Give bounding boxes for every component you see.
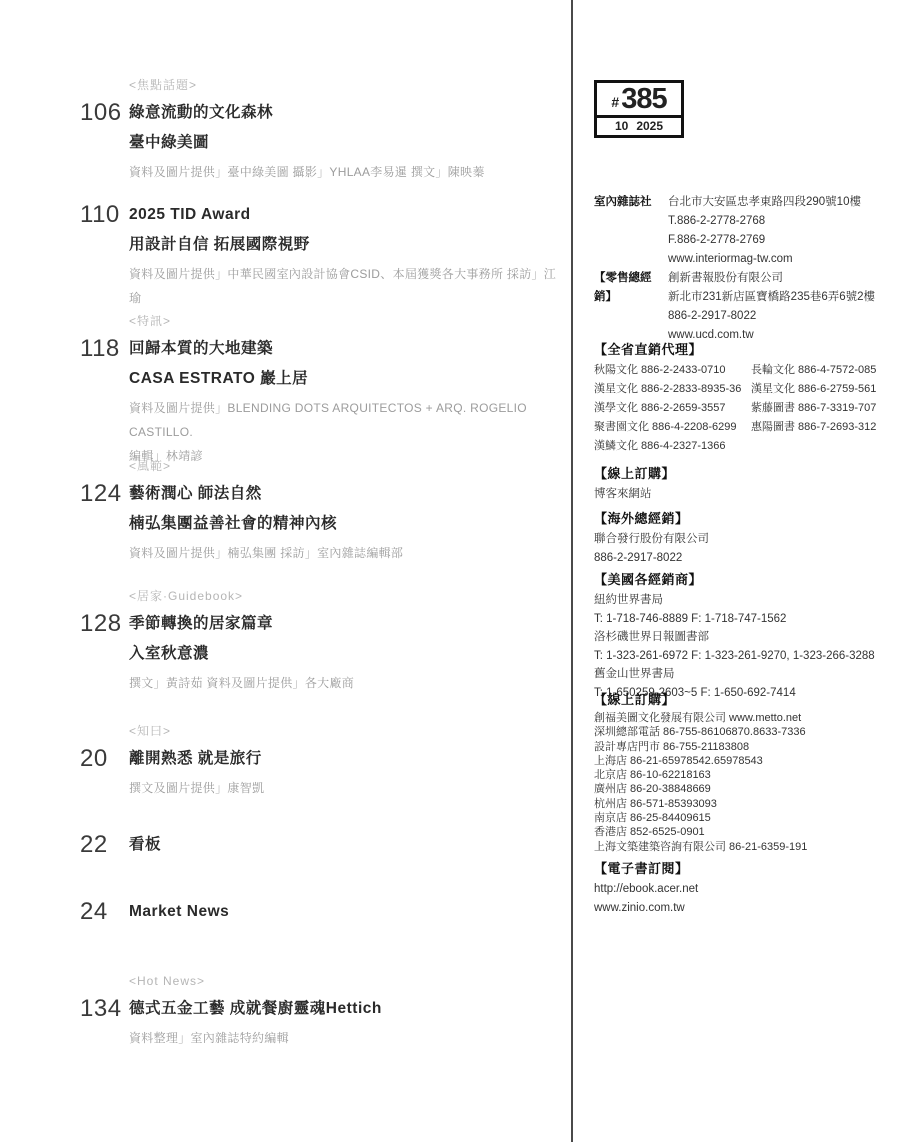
toc-entry: <焦點話題> 106 綠意流動的文化森林 臺中綠美圖 資料及圖片提供」臺中綠美圖… — [80, 78, 560, 184]
agent-entry: 紫藤圖書 886-7-3319-707 — [751, 399, 902, 418]
toc-credit-line: 資料及圖片提供」臺中綠美圖 攝影」YHLAA李易暹 撰文」陳映蓁 — [129, 160, 560, 184]
retail-distributor-block: 【零售總經銷】 創新書報股份有限公司 新北市231新店區寶橋路235巷6弄6號2… — [594, 269, 902, 345]
online-order-entry: 杭州店 86-571-85393093 — [594, 797, 902, 811]
online-order-entry: 上海文築建築咨詢有限公司 86-21-6359-191 — [594, 840, 902, 854]
toc-page-number: 118 — [80, 334, 129, 364]
toc-title-line: Market News — [129, 897, 560, 927]
online-order-entry: 廣州店 86-20-38848669 — [594, 782, 902, 796]
toc-title-line: 用設計自信 拓展國際視野 — [129, 230, 560, 260]
toc-page-number: 20 — [80, 744, 129, 774]
agent-entry: 聚書園文化 886-4-2208-6299 — [594, 418, 751, 437]
toc-entry: <風範> 124 藝術潤心 師法自然 楠弘集團益善社會的精神內核 資料及圖片提供… — [80, 459, 560, 565]
toc-title-line: 回歸本質的大地建築 — [129, 334, 560, 364]
toc-title-line: 離開熟悉 就是旅行 — [129, 744, 560, 774]
toc-title-line: 楠弘集團益善社會的精神內核 — [129, 509, 560, 539]
issue-hash-sign: # — [611, 89, 619, 115]
online-order-entry: 香港店 852-6525-0901 — [594, 825, 902, 839]
toc-title-line: 臺中綠美圖 — [129, 128, 560, 158]
toc-title-line: 藝術潤心 師法自然 — [129, 479, 560, 509]
us-distributor-entry: 紐約世界書局 — [594, 591, 902, 610]
toc-credit-line: 資料及圖片提供」楠弘集團 採訪」室內雜誌編輯部 — [129, 541, 560, 565]
toc-title-line: 季節轉換的居家篇章 — [129, 609, 560, 639]
toc-entry: 24 Market News — [80, 897, 560, 927]
toc-title-line: CASA ESTRATO 巖上居 — [129, 364, 560, 394]
toc-category-label: <居家·Guidebook> — [129, 589, 560, 603]
ebook-heading: 【電子書訂閱】 — [594, 861, 902, 877]
online-order-entry: 創福美圖文化發展有限公司 www.metto.net — [594, 711, 902, 725]
us-distributor-entry: T: 1-718-746-8889 F: 1-718-747-1562 — [594, 610, 902, 629]
overseas-distributor-section: 【海外總經銷】 聯合發行股份有限公司 886-2-2917-8022 — [594, 511, 902, 567]
online-order-entry: 北京店 86-10-62218163 — [594, 768, 902, 782]
toc-category-label: <風範> — [129, 459, 560, 473]
toc-title-line: 看板 — [129, 830, 560, 860]
agent-entry: 秋陽文化 886-2-2433-0710 — [594, 361, 751, 380]
toc-title-line: 綠意流動的文化森林 — [129, 98, 560, 128]
toc-category-label: <特訊> — [129, 314, 560, 328]
online-order-heading: 【線上訂購】 — [594, 466, 902, 482]
us-distributor-entry: 舊金山世界書局 — [594, 665, 902, 684]
online-order-entry: 設計專店門市 86-755-21183808 — [594, 740, 902, 754]
agent-entry: 惠陽圖書 886-7-2693-312 — [751, 418, 902, 437]
retail-label: 【零售總經銷】 — [594, 269, 668, 345]
toc-entry: 22 看板 — [80, 830, 560, 860]
toc-page-number: 128 — [80, 609, 129, 639]
agent-entry: 漢鱗文化 886-4-2327-1366 — [594, 437, 751, 456]
issue-year: 2025 — [636, 119, 663, 133]
page-divider — [571, 0, 573, 1142]
ebook-subscription-section: 【電子書訂閱】 http://ebook.acer.net www.zinio.… — [594, 861, 902, 917]
toc-credit-line: 撰文及圖片提供」康智凱 — [129, 776, 560, 800]
toc-page-number: 22 — [80, 830, 129, 860]
overseas-phone: 886-2-2917-8022 — [594, 549, 902, 568]
direct-agents-section: 【全省直銷代理】 秋陽文化 886-2-2433-0710 漢星文化 886-2… — [594, 342, 902, 456]
masthead-phone: T.886-2-2778-2768 — [668, 212, 902, 231]
ebook-url: www.zinio.com.tw — [594, 899, 902, 918]
toc-category-label: <焦點話題> — [129, 78, 560, 92]
toc-page-number: 124 — [80, 479, 129, 509]
toc-title-line: 入室秋意濃 — [129, 639, 560, 669]
toc-title-line: 德式五金工藝 成就餐廚靈魂Hettich — [129, 994, 560, 1024]
online-order-entry: 深圳總部電話 86-755-86106870.8633-7336 — [594, 725, 902, 739]
toc-credit-line: 資料及圖片提供」中華民國室內設計協會CSID、本屆獲獎各大事務所 採訪」江瑜 — [129, 262, 560, 310]
toc-entry: <特訊> 118 回歸本質的大地建築 CASA ESTRATO 巖上居 資料及圖… — [80, 314, 560, 468]
agent-entry: 漢星文化 886-6-2759-561 — [751, 380, 902, 399]
retail-company: 創新書報股份有限公司 — [668, 269, 902, 288]
ebook-url: http://ebook.acer.net — [594, 880, 902, 899]
masthead-address: 台北市大安區忠孝東路四段290號10樓 — [668, 193, 902, 212]
toc-page-number: 24 — [80, 897, 129, 927]
online-order-entry: 博客來網站 — [594, 485, 902, 504]
overseas-heading: 【海外總經銷】 — [594, 511, 902, 527]
issue-number: 385 — [621, 84, 666, 115]
toc-credit-line: 撰文」黃詩茹 資料及圖片提供」各大廠商 — [129, 671, 560, 695]
toc-entry: 110 2025 TID Award 用設計自信 拓展國際視野 資料及圖片提供」… — [80, 200, 560, 310]
issue-number-badge: # 385 102025 — [594, 80, 684, 138]
toc-page-number: 106 — [80, 98, 129, 128]
us-distributors-heading: 【美國各經銷商】 — [594, 572, 902, 588]
issue-month: 10 — [615, 119, 628, 133]
toc-entry: <知曰> 20 離開熟悉 就是旅行 撰文及圖片提供」康智凱 — [80, 724, 560, 800]
masthead-block: 室內雜誌社 台北市大安區忠孝東路四段290號10樓 T.886-2-2778-2… — [594, 193, 902, 269]
masthead-website: www.interiormag-tw.com — [668, 250, 902, 269]
overseas-company: 聯合發行股份有限公司 — [594, 530, 902, 549]
us-distributor-entry: 洛杉磯世界日報圖書部 — [594, 628, 902, 647]
us-distributor-entry: T: 1-323-261-6972 F: 1-323-261-9270, 1-3… — [594, 647, 902, 666]
online-order-section-1: 【線上訂購】 博客來網站 — [594, 466, 902, 504]
online-order-section-2: 【線上訂購】 創福美圖文化發展有限公司 www.metto.net 深圳總部電話… — [594, 692, 902, 854]
toc-entry: <Hot News> 134 德式五金工藝 成就餐廚靈魂Hettich 資料整理… — [80, 974, 560, 1050]
toc-credit-line: 資料及圖片提供」BLENDING DOTS ARQUITECTOS + ARQ.… — [129, 396, 560, 444]
toc-category-label: <知曰> — [129, 724, 560, 738]
agent-entry: 漢星文化 886-2-2833-8935-36 — [594, 380, 751, 399]
toc-page-number: 134 — [80, 994, 129, 1024]
toc-entry: <居家·Guidebook> 128 季節轉換的居家篇章 入室秋意濃 撰文」黃詩… — [80, 589, 560, 695]
masthead-label: 室內雜誌社 — [594, 193, 668, 269]
direct-agents-heading: 【全省直銷代理】 — [594, 342, 902, 358]
masthead-fax: F.886-2-2778-2769 — [668, 231, 902, 250]
agent-entry: 漢學文化 886-2-2659-3557 — [594, 399, 751, 418]
toc-category-label: <Hot News> — [129, 974, 560, 988]
toc-page-number: 110 — [80, 200, 129, 230]
us-distributors-section: 【美國各經銷商】 紐約世界書局 T: 1-718-746-8889 F: 1-7… — [594, 572, 902, 702]
toc-title-line: 2025 TID Award — [129, 200, 560, 230]
online-order-heading: 【線上訂購】 — [594, 692, 902, 708]
online-order-entry: 南京店 86-25-84409615 — [594, 811, 902, 825]
retail-phone: 886-2-2917-8022 — [668, 307, 902, 326]
online-order-entry: 上海店 86-21-65978542.65978543 — [594, 754, 902, 768]
agent-entry: 長輪文化 886-4-7572-085 — [751, 361, 902, 380]
retail-address: 新北市231新店區寶橋路235巷6弄6號2樓 — [668, 288, 902, 307]
toc-credit-line: 資料整理」室內雜誌特約編輯 — [129, 1026, 560, 1050]
